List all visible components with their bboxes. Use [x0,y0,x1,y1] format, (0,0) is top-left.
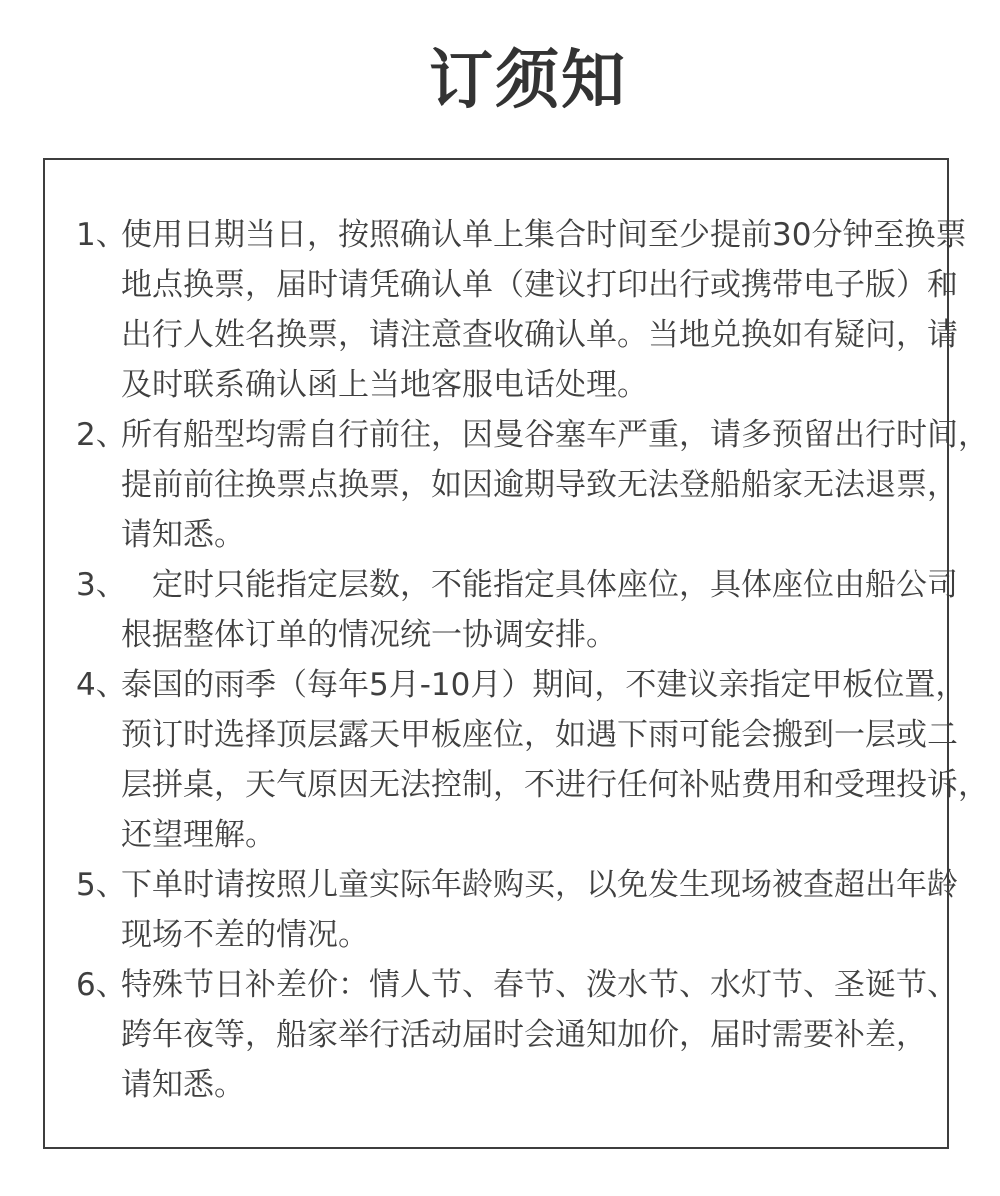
notice-item-5: 5、 下单时请按照儿童实际年龄购买，以免发生现场被查超出年龄 现场不差的情况。 [45,860,947,960]
item-line: 及时联系确认函上当地客服电话处理。 [121,360,947,410]
item-line: 还望理解。 [121,810,947,860]
item-number: 3、 [76,560,127,610]
item-line: 提前前往换票点换票，如因逾期导致无法登船船家无法退票， [121,460,947,510]
page-title: 订须知 [28,46,1000,116]
item-number: 5、 [76,860,127,910]
item-line: 跨年夜等，船家举行活动届时会通知加价，届时需要补差， [121,1010,947,1060]
notice-items: 1、 使用日期当日，按照确认单上集合时间至少提前30分钟至换票 地点换票，届时请… [45,160,947,1110]
item-line: 请知悉。 [121,510,947,560]
item-line: 根据整体订单的情况统一协调安排。 [121,610,947,660]
item-line: 下单时请按照儿童实际年龄购买，以免发生现场被查超出年龄 [121,860,947,910]
item-number: 2、 [76,410,127,460]
item-line: 层拼桌，天气原因无法控制，不进行任何补贴费用和受理投诉， [121,760,947,810]
notice-item-3: 3、 定时只能指定层数，不能指定具体座位，具体座位由船公司 根据整体订单的情况统… [45,560,947,660]
item-line: 定时只能指定层数，不能指定具体座位，具体座位由船公司 [121,560,947,610]
item-number: 4、 [76,660,127,710]
item-line: 特殊节日补差价：情人节、春节、泼水节、水灯节、圣诞节、 [121,960,947,1010]
item-number: 6、 [76,960,127,1010]
item-number: 1、 [76,210,127,260]
notice-page: 订须知 1、 使用日期当日，按照确认单上集合时间至少提前30分钟至换票 地点换票… [0,0,1000,1196]
item-line: 出行人姓名换票，请注意查收确认单。当地兑换如有疑问，请 [121,310,947,360]
item-line: 请知悉。 [121,1060,947,1110]
item-line: 地点换票，届时请凭确认单（建议打印出行或携带电子版）和 [121,260,947,310]
item-line: 所有船型均需自行前往，因曼谷塞车严重，请多预留出行时间， [121,410,947,460]
item-line: 使用日期当日，按照确认单上集合时间至少提前30分钟至换票 [121,210,947,260]
notice-item-2: 2、 所有船型均需自行前往，因曼谷塞车严重，请多预留出行时间， 提前前往换票点换… [45,410,947,560]
notice-item-6: 6、 特殊节日补差价：情人节、春节、泼水节、水灯节、圣诞节、 跨年夜等，船家举行… [45,960,947,1110]
notice-box: 1、 使用日期当日，按照确认单上集合时间至少提前30分钟至换票 地点换票，届时请… [43,158,949,1149]
notice-item-4: 4、 泰国的雨季（每年5月-10月）期间，不建议亲指定甲板位置， 预订时选择顶层… [45,660,947,860]
notice-item-1: 1、 使用日期当日，按照确认单上集合时间至少提前30分钟至换票 地点换票，届时请… [45,210,947,410]
item-line: 泰国的雨季（每年5月-10月）期间，不建议亲指定甲板位置， [121,660,947,710]
item-line: 预订时选择顶层露天甲板座位，如遇下雨可能会搬到一层或二 [121,710,947,760]
item-line: 现场不差的情况。 [121,910,947,960]
